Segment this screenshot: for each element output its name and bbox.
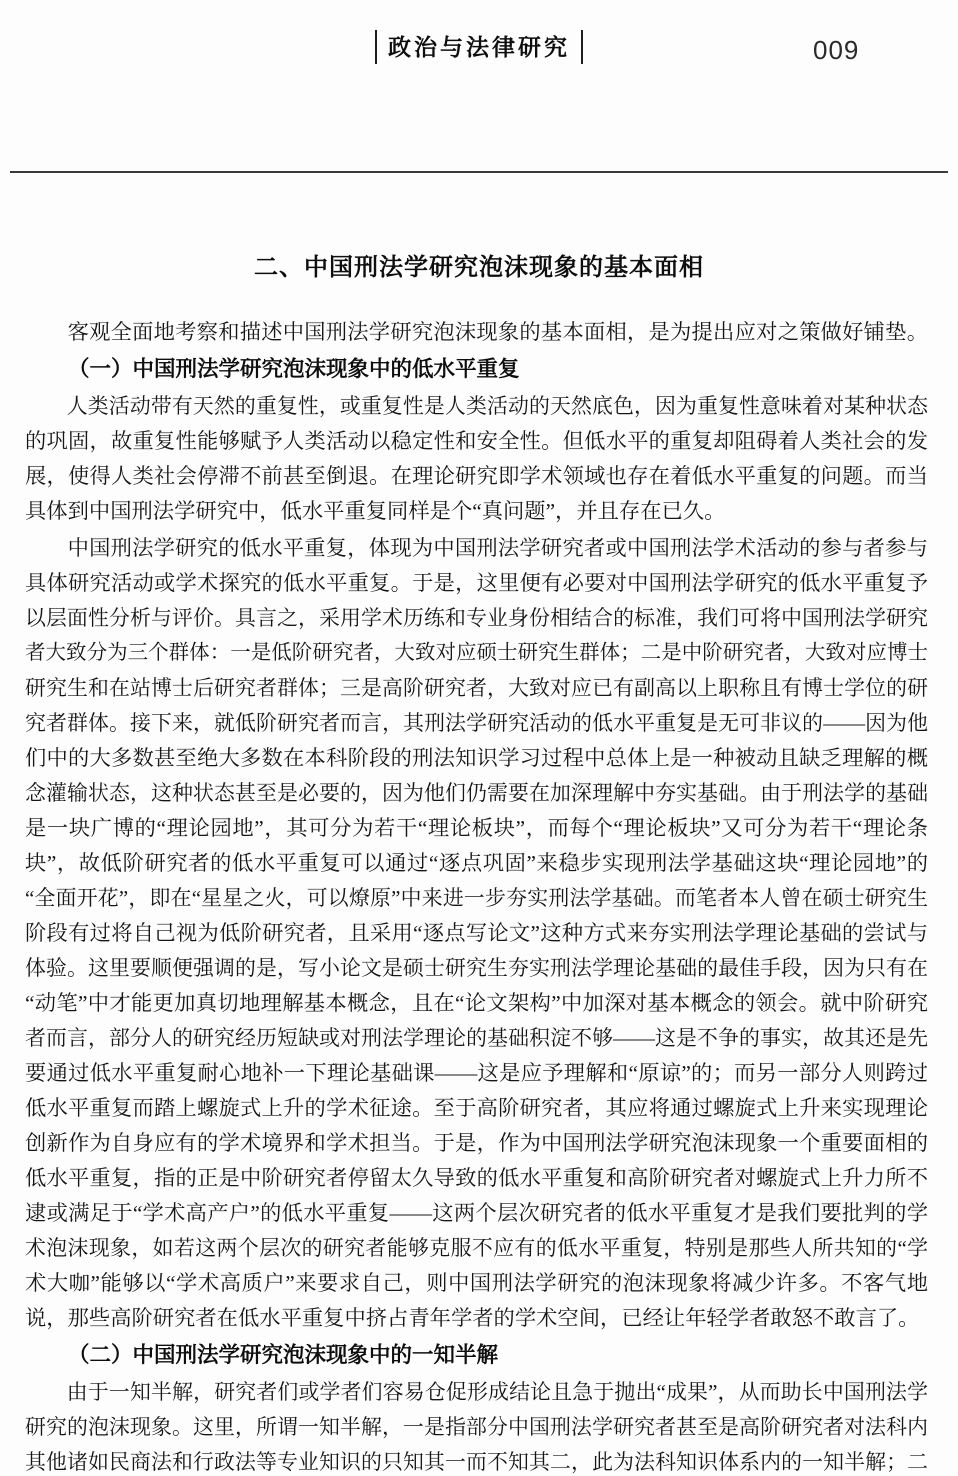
text-line: 人类活动带有天然的重复性，或重复性是人类活动的天然底色，因为重复性意味着对某种状… — [25, 389, 928, 424]
text-line: 研究的泡沫现象。这里，所谓一知半解，一是指部分中国刑法学研究者甚至是高阶研究者对… — [25, 1410, 928, 1445]
text-line: 具体到中国刑法学研究中，低水平重复同样是个“真问题”，并且存在已久。 — [25, 494, 928, 529]
page-number: 009 — [813, 35, 859, 66]
text-line: 要通过低水平重复耐心地补一下理论基础课——这是应予理解和“原谅”的；而另一部分人… — [25, 1056, 928, 1091]
text-line: 术大咖”能够以“学术高质户”来要求自己，则中国刑法学研究的泡沫现象将减少许多。不… — [25, 1266, 928, 1301]
subheading: （一）中国刑法学研究泡沫现象中的低水平重复 — [25, 352, 928, 387]
running-header: 政治与法律研究 009 — [0, 30, 958, 70]
text-line: 的巩固，故重复性能够赋予人类活动以稳定性和安全性。但低水平的重复却阻碍着人类社会… — [25, 424, 928, 459]
text-line: 者大致分为三个群体：一是低阶研究者，大致对应硕士研究生群体；二是中阶研究者，大致… — [25, 636, 928, 671]
text-line: 是一块广博的“理论园地”，其可分为若干“理论板块”，而每个“理论板块”又可分为若… — [25, 811, 928, 846]
paragraph: 由于一知半解，研究者们或学者们容易仓促形成结论且急于抛出“成果”，从而助长中国刑… — [25, 1375, 928, 1476]
journal-title: 政治与法律研究 — [377, 30, 581, 64]
text-line: 展，使得人类社会停滞不前甚至倒退。在理论研究即学术领域也存在着低水平重复的问题。… — [25, 459, 928, 494]
header-rule — [10, 171, 948, 173]
paragraph: 人类活动带有天然的重复性，或重复性是人类活动的天然底色，因为重复性意味着对某种状… — [25, 389, 928, 529]
text-line: 低水平重复而踏上螺旋式上升的学术征途。至于高阶研究者，其应将通过螺旋式上升来实现… — [25, 1091, 928, 1126]
article-body: 客观全面地考察和描述中国刑法学研究泡沫现象的基本面相，是为提出应对之策做好铺垫。… — [25, 315, 928, 1476]
text-line: 创新作为自身应有的学术境界和学术担当。于是，作为中国刑法学研究泡沫现象一个重要面… — [25, 1126, 928, 1161]
text-line: 低水平重复，指的正是中阶研究者停留太久导致的低水平重复和高阶研究者对螺旋式上升力… — [25, 1161, 928, 1196]
text-line: 客观全面地考察和描述中国刑法学研究泡沫现象的基本面相，是为提出应对之策做好铺垫。 — [25, 315, 928, 350]
text-line: 术泡沫现象，如若这两个层次的研究者能够克服不应有的低水平重复，特别是那些人所共知… — [25, 1231, 928, 1266]
paragraph: 客观全面地考察和描述中国刑法学研究泡沫现象的基本面相，是为提出应对之策做好铺垫。 — [25, 315, 928, 350]
text-line: 究者群体。接下来，就低阶研究者而言，其刑法学研究活动的低水平重复是无可非议的——… — [25, 706, 928, 741]
section-title: 二、中国刑法学研究泡沫现象的基本面相 — [0, 247, 958, 282]
header-right-bar — [581, 30, 583, 64]
subheading: （二）中国刑法学研究泡沫现象中的一知半解 — [25, 1338, 928, 1373]
paragraph: 中国刑法学研究的低水平重复，体现为中国刑法学研究者或中国刑法学术活动的参与者参与… — [25, 531, 928, 1336]
text-line: 阶段有过将自己视为低阶研究者，且采用“逐点写论文”这种方式来夯实刑法学理论基础的… — [25, 916, 928, 951]
text-line: 具体研究活动或学术探究的低水平重复。于是，这里便有必要对中国刑法学研究的低水平重… — [25, 566, 928, 601]
text-line: 其他诸如民商法和行政法等专业知识的只知其一而不知其二，此为法科知识体系内的一知半… — [25, 1445, 928, 1476]
text-line: 以层面性分析与评价。具言之，采用学术历练和专业身份相结合的标准，我们可将中国刑法… — [25, 601, 928, 636]
text-line: “动笔”中才能更加真切地理解基本概念，且在“论文架构”中加深对基本概念的领会。就… — [25, 986, 928, 1021]
text-line: “全面开花”，即在“星星之火，可以燎原”中来进一步夯实刑法学基础。而笔者本人曾在… — [25, 881, 928, 916]
text-line: 中国刑法学研究的低水平重复，体现为中国刑法学研究者或中国刑法学术活动的参与者参与 — [25, 531, 928, 566]
text-line: 者而言，部分人的研究经历短缺或对刑法学理论的基础积淀不够——这是不争的事实，故其… — [25, 1021, 928, 1056]
text-line: 们中的大多数甚至绝大多数在本科阶段的刑法知识学习过程中总体上是一种被动且缺乏理解… — [25, 741, 928, 776]
text-line: 由于一知半解，研究者们或学者们容易仓促形成结论且急于抛出“成果”，从而助长中国刑… — [25, 1375, 928, 1410]
text-line: 说，那些高阶研究者在低水平重复中挤占青年学者的学术空间，已经让年轻学者敢怒不敢言… — [25, 1301, 928, 1336]
document-page: 政治与法律研究 009 二、中国刑法学研究泡沫现象的基本面相 客观全面地考察和描… — [0, 0, 958, 1476]
text-line: 研究生和在站博士后研究者群体；三是高阶研究者，大致对应已有副高以上职称且有博士学… — [25, 671, 928, 706]
text-line: 体验。这里要顺便强调的是，写小论文是硕士研究生夯实刑法学理论基础的最佳手段，因为… — [25, 951, 928, 986]
text-line: 念灌输状态，这种状态甚至是必要的，因为他们仍需要在加深理解中夯实基础。由于刑法学… — [25, 776, 928, 811]
text-line: 块”，故低阶研究者的低水平重复可以通过“逐点巩固”来稳步实现刑法学基础这块“理论… — [25, 846, 928, 881]
text-line: 逮或满足于“学术高产户”的低水平重复——这两个层次研究者的低水平重复才是我们要批… — [25, 1196, 928, 1231]
